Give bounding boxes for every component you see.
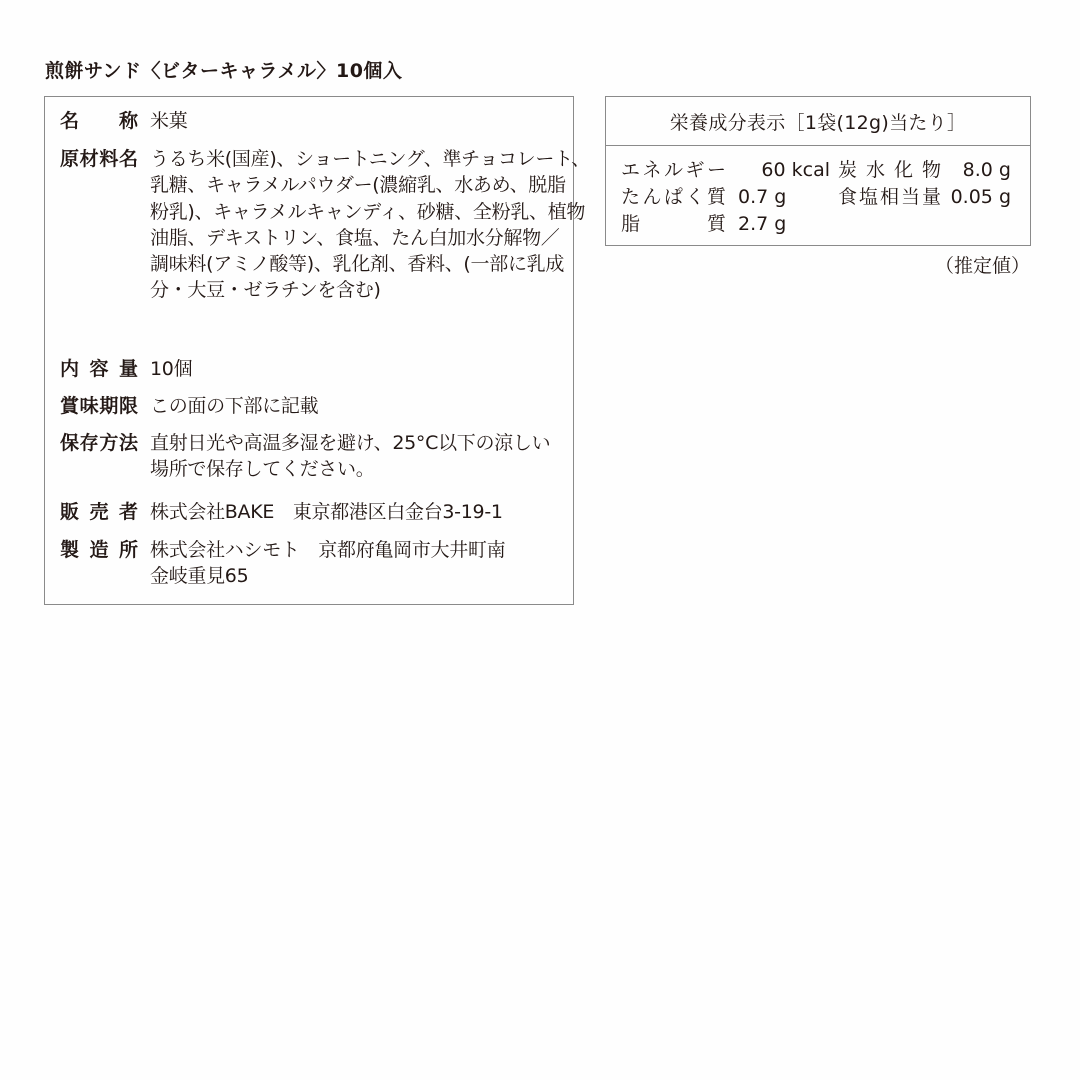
nutrition-body: エネルギー 60 kcal 炭水化物 8.0 g たんぱく質 0.7 g 食塩相… bbox=[621, 157, 1020, 238]
row-label: 名 称 bbox=[60, 108, 138, 134]
row-label: 製 造 所 bbox=[60, 537, 138, 590]
row-value: 直射日光や高温多湿を避け、25°C以下の涼しい 場所で保存してください。 bbox=[150, 430, 563, 483]
row-value: 株式会社ハシモト 京都府亀岡市大井町南 金岐重見65 bbox=[150, 537, 563, 590]
nutrient-value-fat: 2.7 g bbox=[738, 211, 830, 238]
nutrient-value-salt: 0.05 g bbox=[949, 184, 1011, 211]
row-label: 賞 味 期 限 bbox=[60, 393, 138, 419]
row-value: 株式会社BAKE 東京都港区白金台3-19-1 bbox=[150, 499, 563, 525]
nutrient-value-carbohydrate: 8.0 g bbox=[949, 157, 1011, 184]
row-label: 保 存 方 法 bbox=[60, 430, 138, 483]
nutrition-row: たんぱく質 0.7 g 食塩相当量 0.05 g bbox=[621, 184, 1020, 211]
nutrient-label-protein: たんぱく質 bbox=[621, 184, 726, 211]
row-value: うるち米(国産)、ショートニング、準チョコレート、 乳糖、キャラメルパウダー(濃… bbox=[150, 146, 590, 304]
food-label-table: 名 称 米菓 原 材 料 名 うるち米(国産)、ショートニング、準チョコレート、… bbox=[44, 96, 574, 605]
estimated-value-note: （推定値） bbox=[935, 251, 1030, 278]
nutrient-value-protein: 0.7 g bbox=[738, 184, 830, 211]
row-value: 米菓 bbox=[150, 108, 563, 134]
nutrient-value-energy: 60 kcal bbox=[738, 157, 830, 184]
label-row-storage: 保 存 方 法 直射日光や高温多湿を避け、25°C以下の涼しい 場所で保存してく… bbox=[60, 430, 563, 483]
label-row-name: 名 称 米菓 bbox=[60, 108, 563, 134]
nutrient-label-energy: エネルギー bbox=[621, 157, 726, 184]
row-value: 10個 bbox=[150, 356, 563, 382]
nutrition-facts-table: 栄養成分表示［1袋(12g)当たり］ エネルギー 60 kcal 炭水化物 8.… bbox=[605, 96, 1031, 246]
label-row-quantity: 内 容 量 10個 bbox=[60, 356, 563, 382]
row-label: 内 容 量 bbox=[60, 356, 138, 382]
row-label: 販 売 者 bbox=[60, 499, 138, 525]
nutrient-label-fat: 脂質 bbox=[621, 211, 726, 238]
label-row-ingredients: 原 材 料 名 うるち米(国産)、ショートニング、準チョコレート、 乳糖、キャラ… bbox=[60, 146, 563, 304]
nutrition-row: 脂質 2.7 g bbox=[621, 211, 1020, 238]
nutrition-header: 栄養成分表示［1袋(12g)当たり］ bbox=[606, 97, 1030, 146]
row-value: この面の下部に記載 bbox=[150, 393, 563, 419]
nutrition-row: エネルギー 60 kcal 炭水化物 8.0 g bbox=[621, 157, 1020, 184]
nutrient-label-carbohydrate: 炭水化物 bbox=[838, 157, 941, 184]
label-row-seller: 販 売 者 株式会社BAKE 東京都港区白金台3-19-1 bbox=[60, 499, 563, 525]
nutrient-label-salt: 食塩相当量 bbox=[838, 184, 941, 211]
row-label: 原 材 料 名 bbox=[60, 146, 138, 304]
label-row-best-before: 賞 味 期 限 この面の下部に記載 bbox=[60, 393, 563, 419]
product-title: 煎餅サンド〈ビターキャラメル〉10個入 bbox=[45, 56, 402, 83]
label-row-manufacturer: 製 造 所 株式会社ハシモト 京都府亀岡市大井町南 金岐重見65 bbox=[60, 537, 563, 590]
